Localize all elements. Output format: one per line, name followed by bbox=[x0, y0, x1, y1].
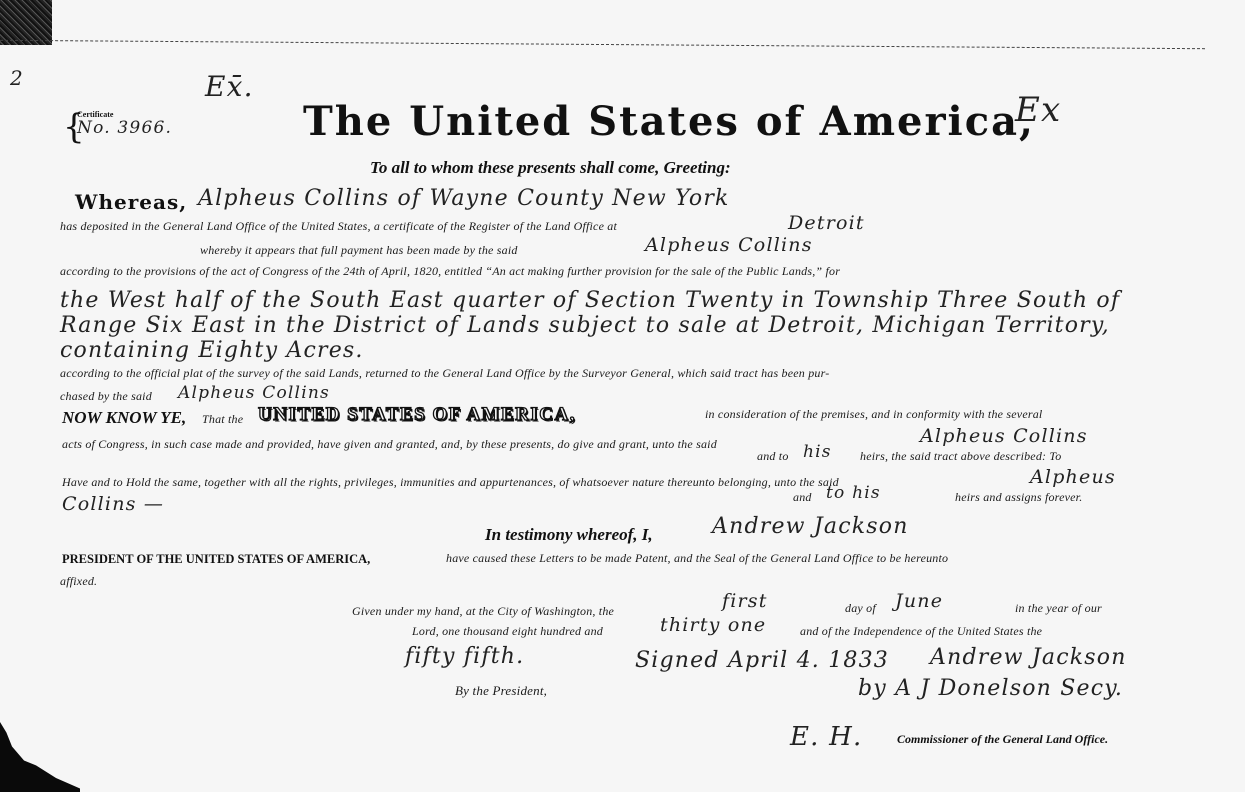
grantee-name: Alpheus Collins bbox=[645, 234, 813, 256]
president-name: Andrew Jackson bbox=[712, 514, 909, 539]
signed-note: Signed April 4. 1833 bbox=[635, 648, 889, 673]
day-handwritten: first bbox=[722, 590, 768, 612]
grantee-name-2: Alpheus Collins bbox=[178, 383, 330, 403]
whereas-label: Whereas, bbox=[75, 190, 187, 214]
independence-year: fifty fifth. bbox=[405, 644, 524, 669]
president-signature: Andrew Jackson bbox=[930, 645, 1127, 670]
line-caused: have caused these Letters to be made Pat… bbox=[446, 551, 948, 566]
line-plat: according to the official plat of the su… bbox=[60, 366, 829, 381]
his-handwritten: his bbox=[803, 442, 832, 462]
to-his-handwritten: to his bbox=[826, 483, 881, 503]
line-chased: chased by the said bbox=[60, 389, 152, 404]
and-label: and bbox=[793, 490, 812, 505]
year-words: thirty one bbox=[660, 614, 766, 636]
secretary-signature: by A J Donelson Secy. bbox=[858, 676, 1123, 701]
line-acts: acts of Congress, in such case made and … bbox=[62, 437, 717, 452]
by-the-president: By the President, bbox=[455, 683, 547, 699]
that-the: That the bbox=[202, 412, 243, 427]
usa-outline-title: UNITED STATES OF AMERICA, bbox=[258, 404, 576, 426]
bottom-left-blot bbox=[0, 722, 80, 792]
independence-line: and of the Independence of the United St… bbox=[800, 624, 1042, 639]
tract-line-1: the West half of the South East quarter … bbox=[60, 288, 1120, 313]
day-of: day of bbox=[845, 601, 876, 616]
commissioner-initials: E. H. bbox=[790, 722, 862, 752]
given-under: Given under my hand, at the City of Wash… bbox=[352, 604, 614, 619]
greeting: To all to whom these presents shall come… bbox=[370, 158, 731, 178]
affixed: affixed. bbox=[60, 574, 97, 589]
scan-corner-dark bbox=[0, 0, 52, 45]
in-year: in the year of our bbox=[1015, 601, 1102, 616]
grantee-name-3: Alpheus Collins bbox=[920, 425, 1088, 447]
line-deposited: has deposited in the General Land Office… bbox=[60, 219, 617, 234]
document-title: The United States of America, bbox=[303, 98, 1035, 145]
lord-line: Lord, one thousand eight hundred and bbox=[412, 624, 603, 639]
tract-line-3: containing Eighty Acres. bbox=[60, 338, 364, 363]
grantee-origin: Alpheus Collins of Wayne County New York bbox=[198, 186, 730, 211]
grantee-last: Collins — bbox=[62, 493, 164, 515]
month-handwritten: June bbox=[895, 590, 943, 612]
line-consideration: in consideration of the premises, and in… bbox=[705, 407, 1042, 422]
line-whereby: whereby it appears that full payment has… bbox=[200, 243, 518, 258]
now-know-ye: NOW KNOW YE, bbox=[62, 408, 186, 428]
testimony-line: In testimony whereof, I, bbox=[485, 525, 653, 545]
line-assigns: heirs and assigns forever. bbox=[955, 490, 1082, 505]
grantee-first: Alpheus bbox=[1030, 466, 1116, 488]
page-number: 2 bbox=[10, 66, 24, 90]
and-to-label: and to bbox=[757, 449, 789, 464]
land-office: Detroit bbox=[788, 212, 865, 234]
top-border-rule bbox=[0, 40, 1205, 59]
line-heirs: heirs, the said tract above described: T… bbox=[860, 449, 1061, 464]
line-have-hold: Have and to Hold the same, together with… bbox=[62, 475, 839, 490]
marginal-note-left: Ex̄. bbox=[205, 70, 254, 103]
certificate-number: No. 3966. bbox=[77, 118, 172, 138]
commissioner-title: Commissioner of the General Land Office. bbox=[897, 732, 1108, 747]
line-act: according to the provisions of the act o… bbox=[60, 264, 840, 279]
tract-line-2: Range Six East in the District of Lands … bbox=[60, 313, 1110, 338]
president-title: PRESIDENT OF THE UNITED STATES OF AMERIC… bbox=[62, 552, 370, 567]
